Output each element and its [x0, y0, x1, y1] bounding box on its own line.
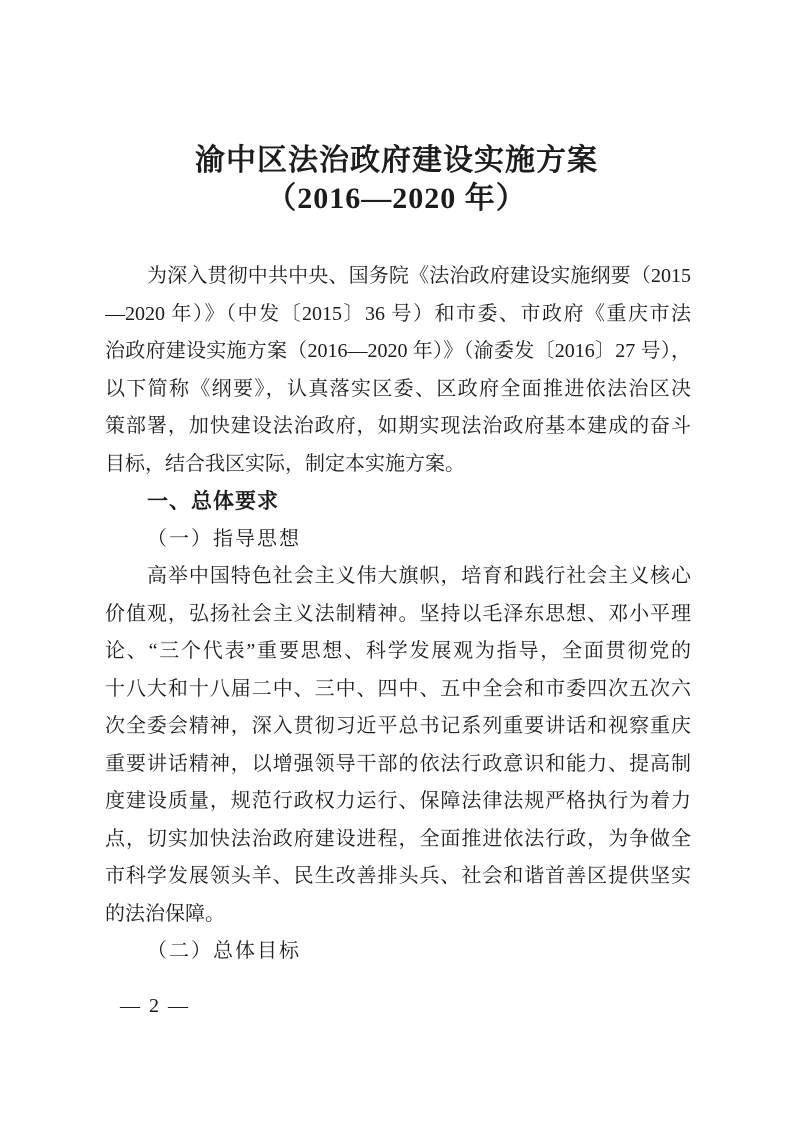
section-heading: 一、总体要求: [105, 483, 691, 521]
text-line: 重要讲话精神，以增强领导干部的依法行政意识和能力、提高制: [105, 746, 691, 784]
text-line: 策部署，加快建设法治政府，如期实现法治政府基本建成的奋斗: [105, 408, 691, 446]
subsection-heading-goal: （二）总体目标: [105, 933, 691, 971]
text-line: 十八大和十八届二中、三中、四中、五中全会和市委四次五次六: [105, 671, 691, 709]
text-line: 的法治保障。: [105, 896, 691, 934]
text-line: —2020 年）》（中发〔2015〕36 号）和市委、市政府《重庆市法: [105, 296, 691, 334]
text-line: 论、“三个代表”重要思想、科学发展观为指导，全面贯彻党的: [105, 633, 691, 671]
document-title: 渝中区法治政府建设实施方案 （2016—2020 年）: [0, 0, 793, 218]
page-number: — 2 —: [120, 995, 190, 1017]
subsection-heading-guiding: （一）指导思想: [105, 521, 691, 559]
guiding-paragraph: 高举中国特色社会主义伟大旗帜，培育和践行社会主义核心价值观，弘扬社会主义法制精神…: [105, 558, 691, 933]
text-line: 高举中国特色社会主义伟大旗帜，培育和践行社会主义核心: [105, 558, 691, 596]
document-page: 渝中区法治政府建设实施方案 （2016—2020 年） 为深入贯彻中共中央、国务…: [0, 0, 793, 1122]
text-line: 次全委会精神，深入贯彻习近平总书记系列重要讲话和视察重庆: [105, 708, 691, 746]
document-body: 为深入贯彻中共中央、国务院《法治政府建设实施纲要（2015—2020 年）》（中…: [105, 258, 691, 971]
text-line: 市科学发展领头羊、民生改善排头兵、社会和谐首善区提供坚实: [105, 858, 691, 896]
text-line: 治政府建设实施方案（2016—2020 年）》（渝委发〔2016〕27 号），: [105, 333, 691, 371]
text-line: 以下简称《纲要》，认真落实区委、区政府全面推进依法治区决: [105, 371, 691, 409]
text-line: 点，切实加快法治政府建设进程，全面推进依法行政，为争做全: [105, 821, 691, 859]
page-footer: — 2 —: [120, 995, 190, 1018]
text-line: 为深入贯彻中共中央、国务院《法治政府建设实施纲要（2015: [105, 258, 691, 296]
title-line-1: 渝中区法治政府建设实施方案: [0, 142, 793, 180]
title-line-2: （2016—2020 年）: [0, 180, 793, 218]
text-line: 目标，结合我区实际，制定本实施方案。: [105, 446, 691, 484]
intro-paragraph: 为深入贯彻中共中央、国务院《法治政府建设实施纲要（2015—2020 年）》（中…: [105, 258, 691, 483]
text-line: 价值观，弘扬社会主义法制精神。坚持以毛泽东思想、邓小平理: [105, 596, 691, 634]
text-line: 度建设质量，规范行政权力运行、保障法律法规严格执行为着力: [105, 783, 691, 821]
